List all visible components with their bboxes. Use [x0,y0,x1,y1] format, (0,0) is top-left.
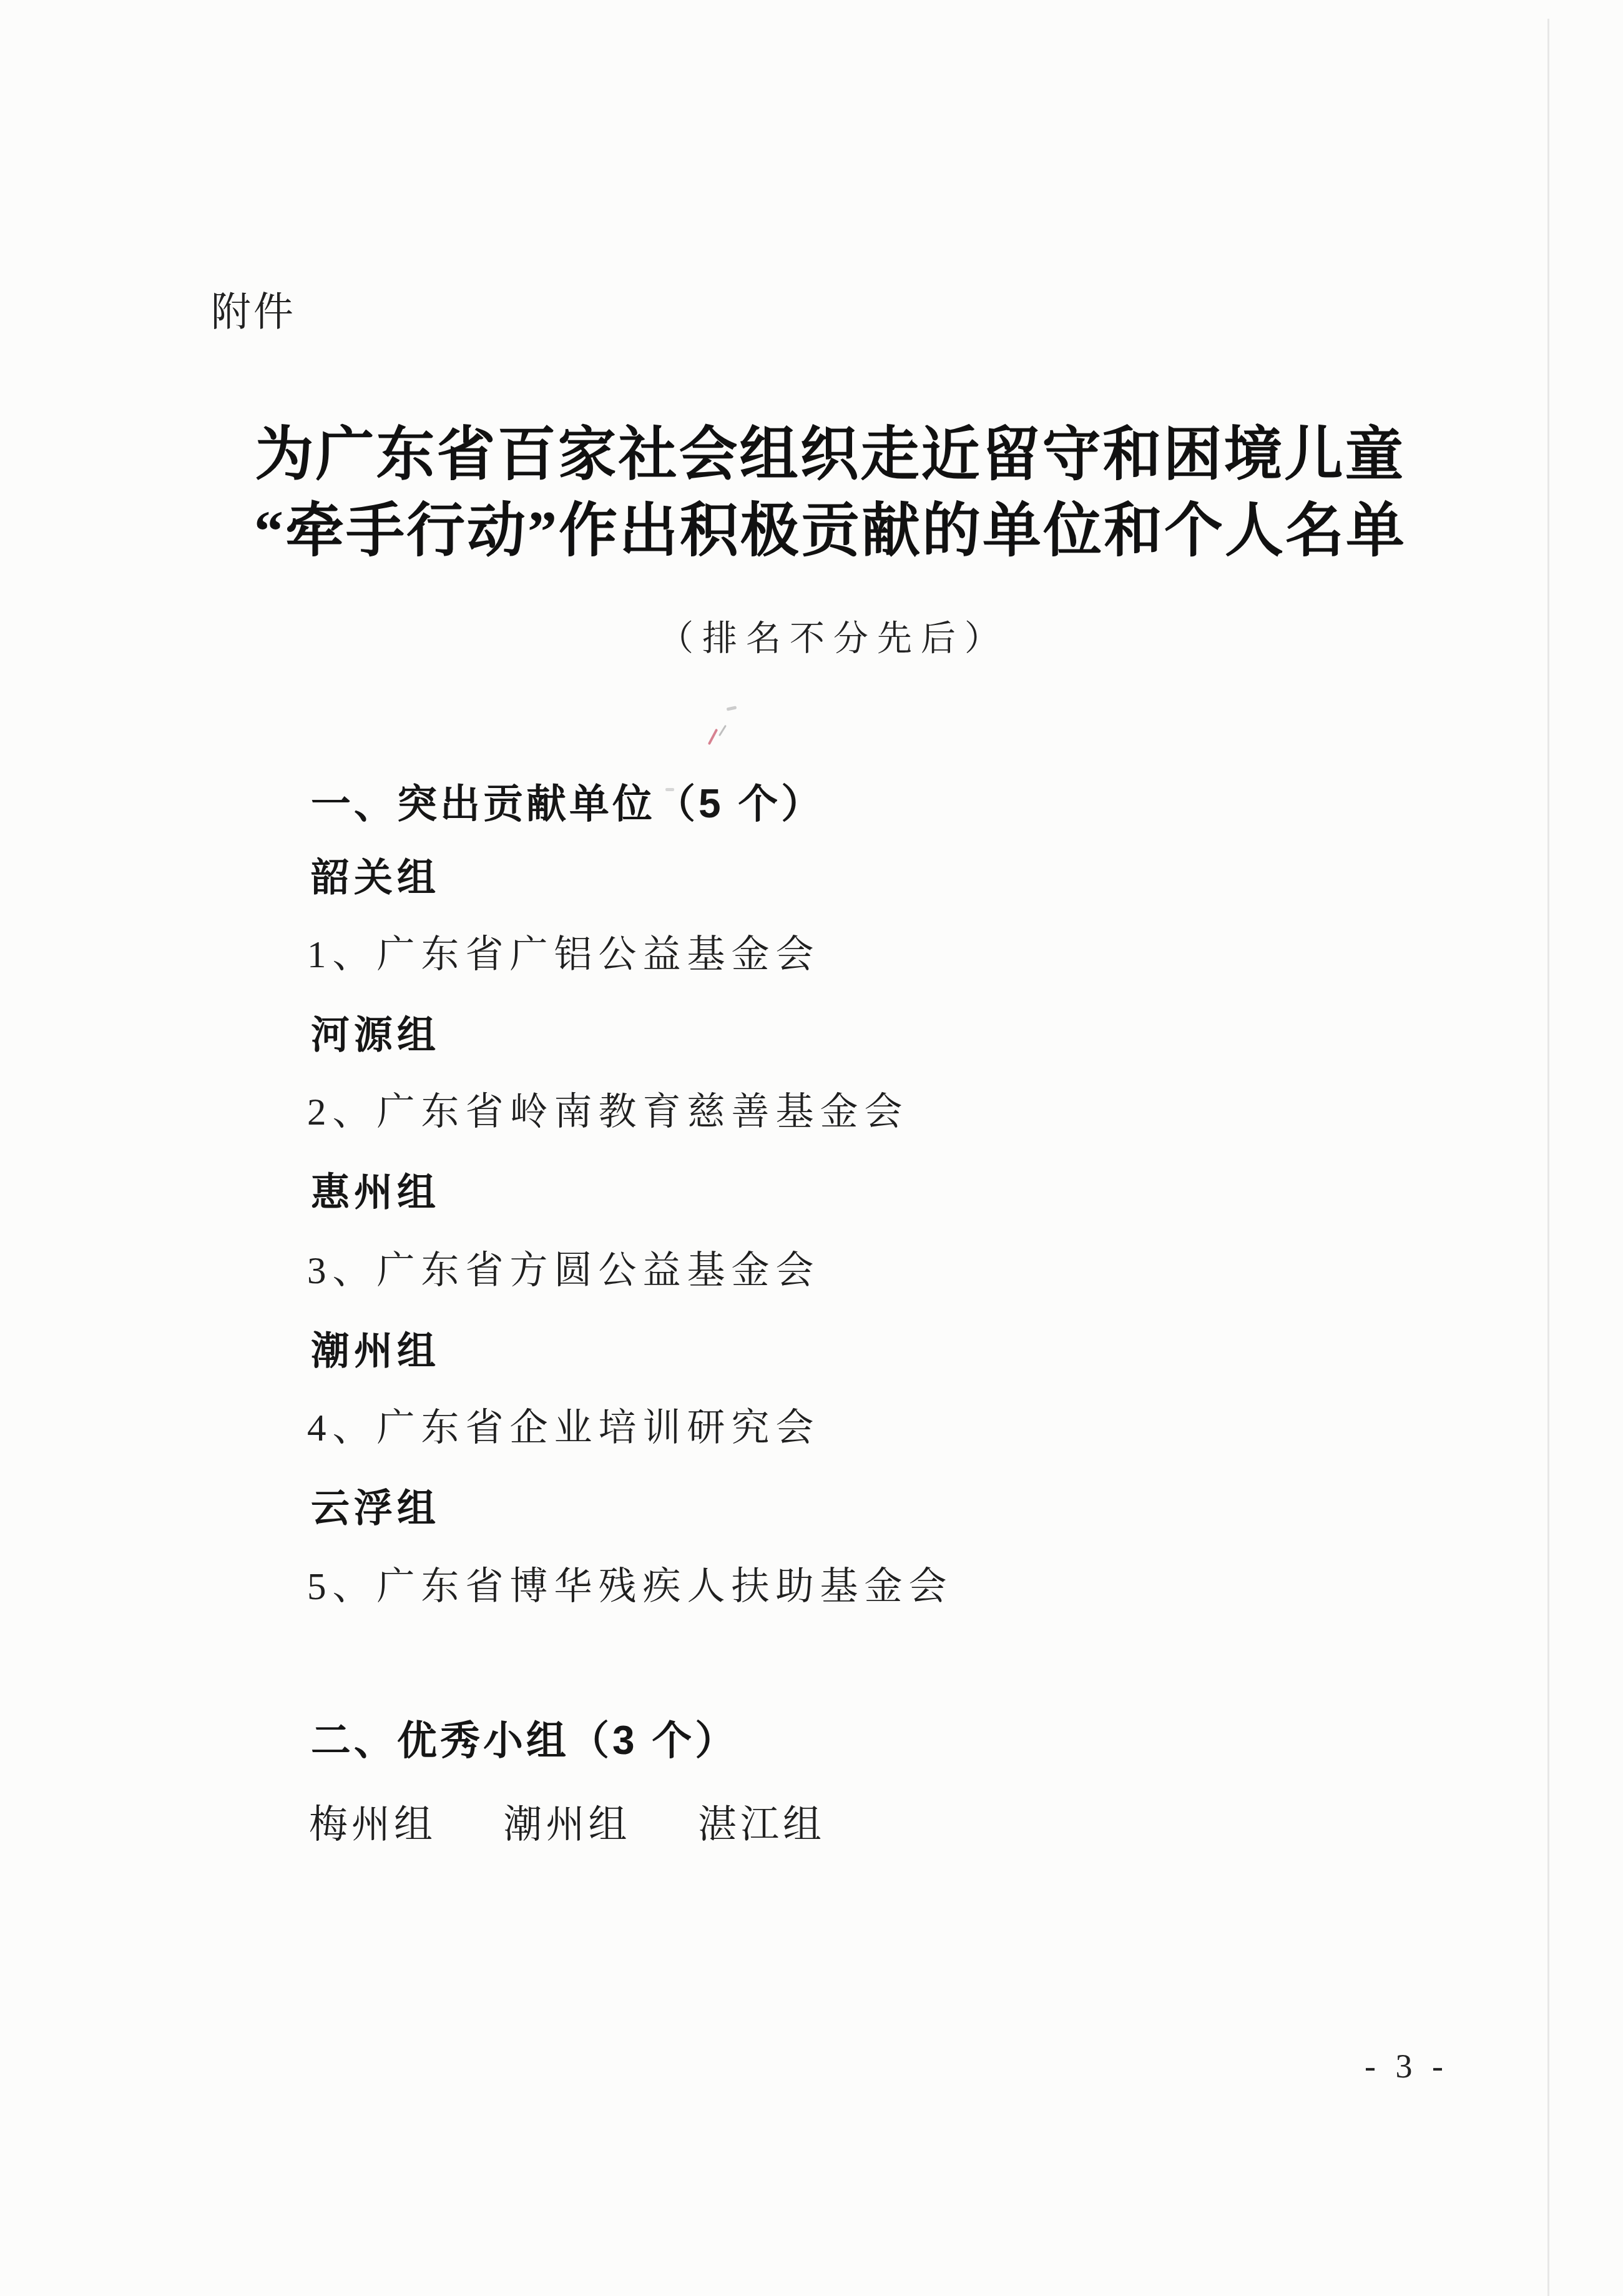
excellent-group-meizhou: 梅州组 [309,1804,436,1846]
excellent-group-zhanjiang: 湛江组 [698,1804,825,1846]
scan-artifact-red-mark [708,729,718,746]
list-item-4: 4、广东省企业培训研究会 [307,1397,820,1452]
scan-artifact-vertical-line [1547,19,1549,2296]
group-label-huizhou: 惠州组 [311,1161,440,1217]
subtitle-ranking-note: （排名不分先后） [0,611,1623,661]
group-label-chaozhou: 潮州组 [311,1320,440,1376]
group-label-heyuan: 河源组 [311,1004,440,1060]
list-item-5: 5、广东省博华残疾人扶助基金会 [307,1556,953,1610]
section-2-heading: 二、优秀小组（3 个） [311,1708,738,1766]
group-label-shaoguan: 韶关组 [311,847,440,902]
excellent-groups-row: 梅州组 潮州组 湛江组 [309,1793,825,1849]
document-title: 为广东省百家社会组织走近留守和困境儿童 “牵手行动”作出积极贡献的单位和个人名单 [0,417,1623,569]
list-item-2: 2、广东省岭南教育慈善基金会 [307,1081,909,1136]
list-item-1: 1、广东省广铝公益基金会 [307,924,820,978]
scan-artifact-gray-mark [718,725,727,737]
attachment-label: 附件 [211,280,296,337]
section-1-heading: 一、突出贡献单位（5 个） [311,772,824,829]
group-label-yunfu: 云浮组 [311,1477,440,1533]
list-item-3: 3、广东省方圆公益基金会 [307,1240,820,1294]
scan-artifact-gray-dash [665,788,674,791]
scan-artifact-gray-speck [727,706,737,711]
title-line-2: “牵手行动”作出积极贡献的单位和个人名单 [37,493,1623,569]
page-number: - 3 - [1365,2047,1449,2086]
title-line-1: 为广东省百家社会组织走近留守和困境儿童 [37,417,1623,493]
excellent-group-chaozhou: 潮州组 [504,1804,631,1846]
scanned-document-page: 附件 为广东省百家社会组织走近留守和困境儿童 “牵手行动”作出积极贡献的单位和个… [0,0,1623,2296]
